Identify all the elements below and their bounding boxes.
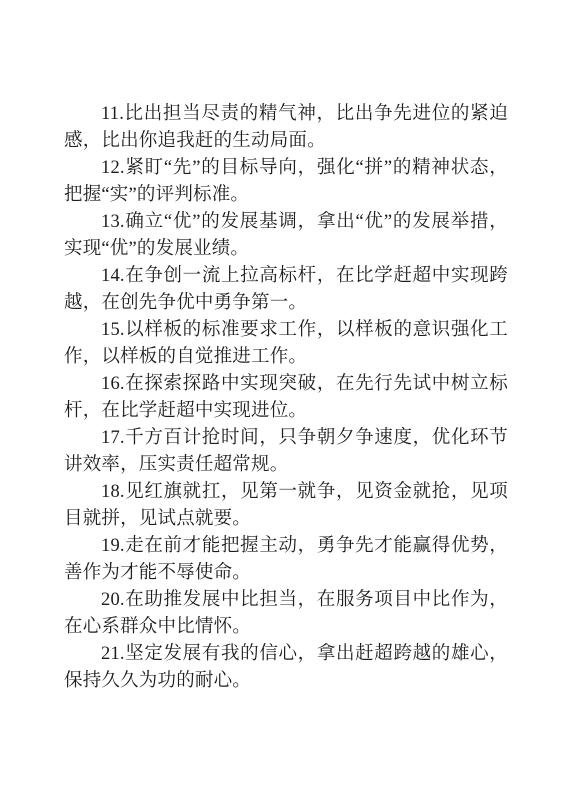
document-body: 11.比出担当尽责的精气神，比出争先进位的紧迫感，比出你追我赶的生动局面。 12… [64, 101, 508, 695]
list-item-13: 13.确立“优”的发展基调，拿出“优”的发展举措，实现“优”的发展业绩。 [64, 209, 508, 263]
list-item-12: 12.紧盯“先”的目标导向，强化“拼”的精神状态，把握“实”的评判标准。 [64, 155, 508, 209]
list-item-17: 17.千方百计抢时间，只争朝夕争速度，优化环节讲效率，压实责任超常规。 [64, 425, 508, 479]
list-item-14: 14.在争创一流上拉高标杆，在比学赶超中实现跨越，在创先争优中勇争第一。 [64, 263, 508, 317]
list-item-16: 16.在探索探路中实现突破，在先行先试中树立标杆，在比学赶超中实现进位。 [64, 371, 508, 425]
list-item-20: 20.在助推发展中比担当，在服务项目中比作为，在心系群众中比情怀。 [64, 587, 508, 641]
list-item-15: 15.以样板的标准要求工作，以样板的意识强化工作，以样板的自觉推进工作。 [64, 317, 508, 371]
list-item-11: 11.比出担当尽责的精气神，比出争先进位的紧迫感，比出你追我赶的生动局面。 [64, 101, 508, 155]
list-item-18: 18.见红旗就扛，见第一就争，见资金就抢，见项目就拼，见试点就要。 [64, 479, 508, 533]
document-page: 11.比出担当尽责的精气神，比出争先进位的紧迫感，比出你追我赶的生动局面。 12… [0, 0, 570, 807]
list-item-19: 19.走在前才能把握主动，勇争先才能赢得优势，善作为才能不辱使命。 [64, 533, 508, 587]
list-item-21: 21.坚定发展有我的信心，拿出赶超跨越的雄心，保持久久为功的耐心。 [64, 641, 508, 695]
